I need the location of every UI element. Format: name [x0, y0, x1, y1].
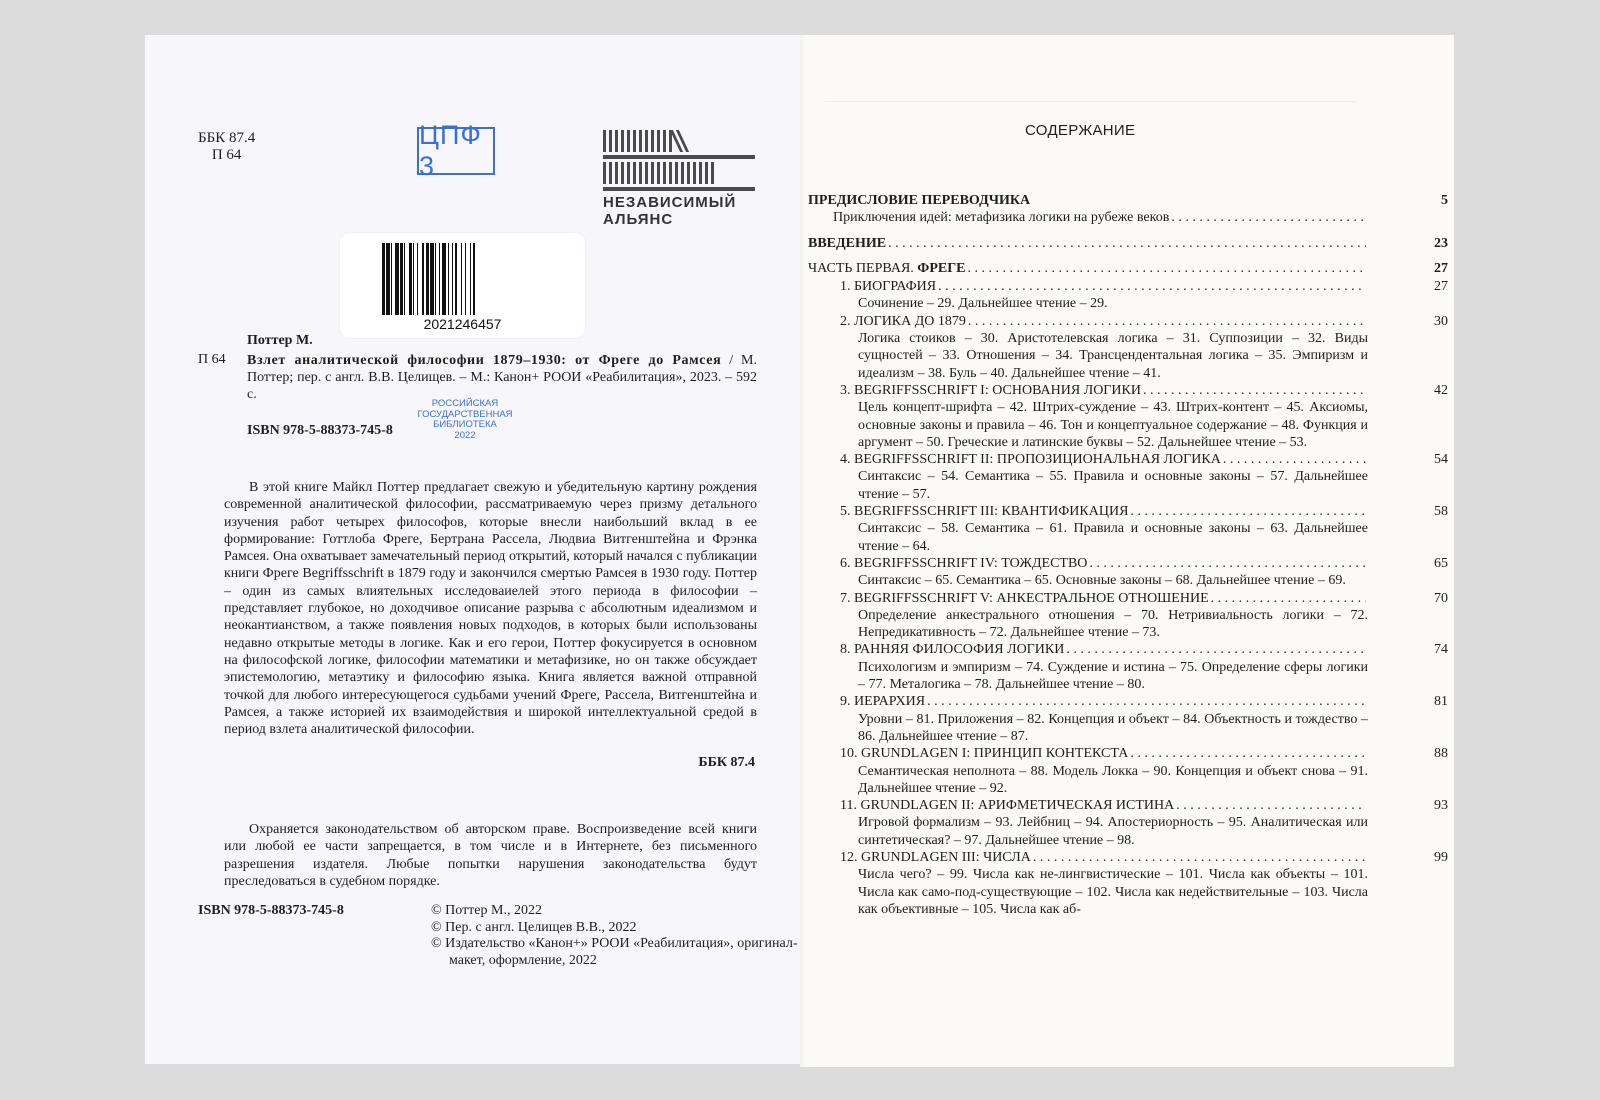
leader-dots	[967, 260, 1366, 277]
toc-entry-label: Приключения идей: метафизика логики на р…	[833, 209, 1169, 226]
toc-entry-label: 11. GRUNDLAGEN II: АРИФМЕТИЧЕСКАЯ ИСТИНА	[840, 797, 1174, 814]
bibliographic-record: Взлет аналитической философии 1879–1930:…	[247, 352, 757, 403]
toc-page-number: 30	[1408, 313, 1448, 330]
cpf-stamp: ЦПФ 3	[417, 127, 495, 175]
leader-dots	[1066, 641, 1366, 658]
toc-entry: 4. BEGRIFFSSCHRIFT II: ПРОПОЗИЦИОНАЛЬНАЯ…	[808, 451, 1368, 468]
toc-entry-label: ПРЕДИСЛОВИЕ ПЕРЕВОДЧИКА	[808, 192, 1030, 209]
leader-dots	[1171, 209, 1366, 226]
author-code: П 64	[198, 147, 255, 164]
toc-entry: ПРЕДИСЛОВИЕ ПЕРЕВОДЧИКА5	[808, 192, 1368, 209]
toc-entry: 11. GRUNDLAGEN II: АРИФМЕТИЧЕСКАЯ ИСТИНА…	[808, 797, 1368, 814]
toc-entry: 7. BEGRIFFSSCHRIFT V: АНКЕСТРАЛЬНОЕ ОТНО…	[808, 590, 1368, 607]
toc-page-number: 70	[1408, 590, 1448, 607]
leader-dots	[938, 278, 1366, 295]
toc-page-number: 65	[1408, 555, 1448, 572]
toc-page-number: 74	[1408, 641, 1448, 658]
publisher-logo: НЕЗАВИСИМЫЙ АЛЬЯНС	[603, 130, 755, 228]
leader-dots	[968, 313, 1366, 330]
toc-entry-label: ВВЕДЕНИЕ	[808, 235, 886, 252]
toc-subsections: Семантическая неполнота – 88. Модель Лок…	[808, 763, 1368, 798]
show-through-rule	[825, 101, 1355, 102]
toc-entry: 9. ИЕРАРХИЯ81	[808, 693, 1368, 710]
toc-entry-label: 3. BEGRIFFSSCHRIFT I: ОСНОВАНИЯ ЛОГИКИ	[840, 382, 1141, 399]
toc-subsections: Психологизм и эмпиризм – 74. Суждение и …	[808, 659, 1368, 694]
copyright-line: © Пер. с англ. Целищев В.В., 2022	[431, 920, 800, 937]
leader-dots	[927, 693, 1366, 710]
toc-entry: 6. BEGRIFFSSCHRIFT IV: ТОЖДЕСТВО65	[808, 555, 1368, 572]
toc-entry-label: 1. БИОГРАФИЯ	[840, 278, 936, 295]
leader-dots	[1176, 797, 1366, 814]
toc-page-number: 27	[1408, 278, 1448, 295]
toc-subsections: Сочинение – 29. Дальнейшее чтение – 29.	[808, 295, 1368, 312]
author-mark: П 64	[198, 352, 226, 368]
publisher-name-line2: АЛЬЯНС	[603, 211, 755, 228]
toc-subsections: Определение анкестрального отношения – 7…	[808, 607, 1368, 642]
toc-title: СОДЕРЖАНИЕ	[1025, 122, 1135, 139]
toc-page-number: 5	[1408, 192, 1448, 209]
annotation-text: В этой книге Майкл Поттер предлагает све…	[224, 479, 757, 738]
toc-subsections: Синтаксис – 58. Семантика – 61. Правила …	[808, 520, 1368, 555]
toc-entry-label: 12. GRUNDLAGEN III: ЧИСЛА	[840, 849, 1031, 866]
toc-entry-label: 7. BEGRIFFSSCHRIFT V: АНКЕСТРАЛЬНОЕ ОТНО…	[840, 590, 1209, 607]
bbk-code-top: ББК 87.4 П 64	[198, 130, 255, 164]
library-stamp-year: 2022	[395, 431, 535, 442]
copyright-line: © Издательство «Канон+» РООИ «Реабилитац…	[431, 936, 800, 969]
toc-page-number: 93	[1408, 797, 1448, 814]
leader-dots	[1211, 590, 1366, 607]
toc-entry: 10. GRUNDLAGEN I: ПРИНЦИП КОНТЕКСТА88	[808, 745, 1368, 762]
leader-dots	[888, 235, 1366, 252]
toc-subsections: Логика стоиков – 30. Аристотелевская лог…	[808, 330, 1368, 382]
bbk-label: ББК 87.4	[198, 130, 255, 147]
leader-dots	[1130, 503, 1366, 520]
toc-subsections: Синтаксис – 54. Семантика – 55. Правила …	[808, 468, 1368, 503]
barcode-sticker: 2021246457	[340, 233, 585, 338]
library-stamp-line: РОССИЙСКАЯ	[395, 399, 535, 410]
annotation: В этой книге Майкл Поттер предлагает све…	[224, 479, 757, 738]
toc-subsections: Числа чего? – 99. Числа как не-лингвисти…	[808, 866, 1368, 918]
library-stamp-line: БИБЛИОТЕКА	[395, 420, 535, 431]
left-page: ББК 87.4 П 64 ЦПФ 3 НЕЗАВИСИМЫЙ АЛЬЯНС 2…	[145, 35, 800, 1064]
copyright-line: © Поттер М., 2022	[431, 903, 800, 920]
isbn-bottom: ISBN 978-5-88373-745-8	[198, 903, 344, 919]
toc-page-number: 54	[1408, 451, 1448, 468]
toc-entry: 5. BEGRIFFSSCHRIFT III: КВАНТИФИКАЦИЯ58	[808, 503, 1368, 520]
toc-entry-label: 8. РАННЯЯ ФИЛОСОФИЯ ЛОГИКИ	[840, 641, 1064, 658]
toc-subsections: Уровни – 81. Приложения – 82. Концепция …	[808, 711, 1368, 746]
toc-subsections: Синтаксис – 65. Семантика – 65. Основные…	[808, 572, 1368, 589]
toc-entry: 3. BEGRIFFSSCHRIFT I: ОСНОВАНИЯ ЛОГИКИ42	[808, 382, 1368, 399]
toc-page-number: 81	[1408, 693, 1448, 710]
copyright-list: © Поттер М., 2022 © Пер. с англ. Целищев…	[431, 903, 800, 969]
toc-entry-label: 4. BEGRIFFSSCHRIFT II: ПРОПОЗИЦИОНАЛЬНАЯ…	[840, 451, 1221, 468]
toc-entry-label: ЧАСТЬ ПЕРВАЯ. ФРЕГЕ	[808, 260, 965, 277]
leader-dots	[1089, 555, 1366, 572]
toc-subsections: Цель концепт-шрифта – 42. Штрих-суждение…	[808, 399, 1368, 451]
toc-entry-label: 6. BEGRIFFSSCHRIFT IV: ТОЖДЕСТВО	[840, 555, 1087, 572]
toc-page-number: 99	[1408, 849, 1448, 866]
toc-page-number: 88	[1408, 745, 1448, 762]
toc-page-number: 42	[1408, 382, 1448, 399]
toc-entry: 8. РАННЯЯ ФИЛОСОФИЯ ЛОГИКИ74	[808, 641, 1368, 658]
right-page: СОДЕРЖАНИЕ ПРЕДИСЛОВИЕ ПЕРЕВОДЧИКА5Прикл…	[800, 35, 1454, 1067]
toc-subsections: Игровой формализм – 93. Лейбниц – 94. Ап…	[808, 814, 1368, 849]
leader-dots	[1130, 745, 1366, 762]
library-stamp: РОССИЙСКАЯ ГОСУДАРСТВЕННАЯ БИБЛИОТЕКА 20…	[395, 399, 535, 441]
toc-page-number: 27	[1408, 260, 1448, 277]
book-title: Взлет аналитической философии 1879–1930:…	[247, 353, 721, 368]
author-name: Поттер М.	[247, 333, 313, 349]
table-of-contents: ПРЕДИСЛОВИЕ ПЕРЕВОДЧИКА5Приключения идей…	[808, 192, 1368, 918]
leader-dots	[1143, 382, 1366, 399]
toc-entry: ВВЕДЕНИЕ23	[808, 235, 1368, 252]
books-on-shelf-icon	[603, 130, 755, 152]
barcode-icon	[382, 243, 542, 315]
leader-dots	[1033, 849, 1366, 866]
toc-page-number: 58	[1408, 503, 1448, 520]
bbk-code-bottom: ББК 87.4	[698, 755, 755, 771]
publisher-name-line1: НЕЗАВИСИМЫЙ	[603, 194, 755, 211]
books-row-icon	[603, 162, 755, 184]
toc-entry-label: 2. ЛОГИКА ДО 1879	[840, 313, 966, 330]
isbn: ISBN 978-5-88373-745-8	[247, 423, 393, 439]
publisher-name: НЕЗАВИСИМЫЙ АЛЬЯНС	[603, 194, 755, 228]
barcode-number: 2021246457	[340, 316, 585, 332]
toc-entry: 12. GRUNDLAGEN III: ЧИСЛА99	[808, 849, 1368, 866]
toc-entry-label: 5. BEGRIFFSSCHRIFT III: КВАНТИФИКАЦИЯ	[840, 503, 1128, 520]
copyright-notice: Охраняется законодательством об авторско…	[224, 821, 757, 890]
toc-entry-label: 9. ИЕРАРХИЯ	[840, 693, 925, 710]
toc-entry: 1. БИОГРАФИЯ27	[808, 278, 1368, 295]
toc-entry: 2. ЛОГИКА ДО 187930	[808, 313, 1368, 330]
toc-page-number: 23	[1408, 235, 1448, 252]
leader-dots	[1223, 451, 1366, 468]
toc-entry-label: 10. GRUNDLAGEN I: ПРИНЦИП КОНТЕКСТА	[840, 745, 1128, 762]
toc-entry: ЧАСТЬ ПЕРВАЯ. ФРЕГЕ27	[808, 260, 1368, 277]
toc-entry: Приключения идей: метафизика логики на р…	[808, 209, 1368, 226]
